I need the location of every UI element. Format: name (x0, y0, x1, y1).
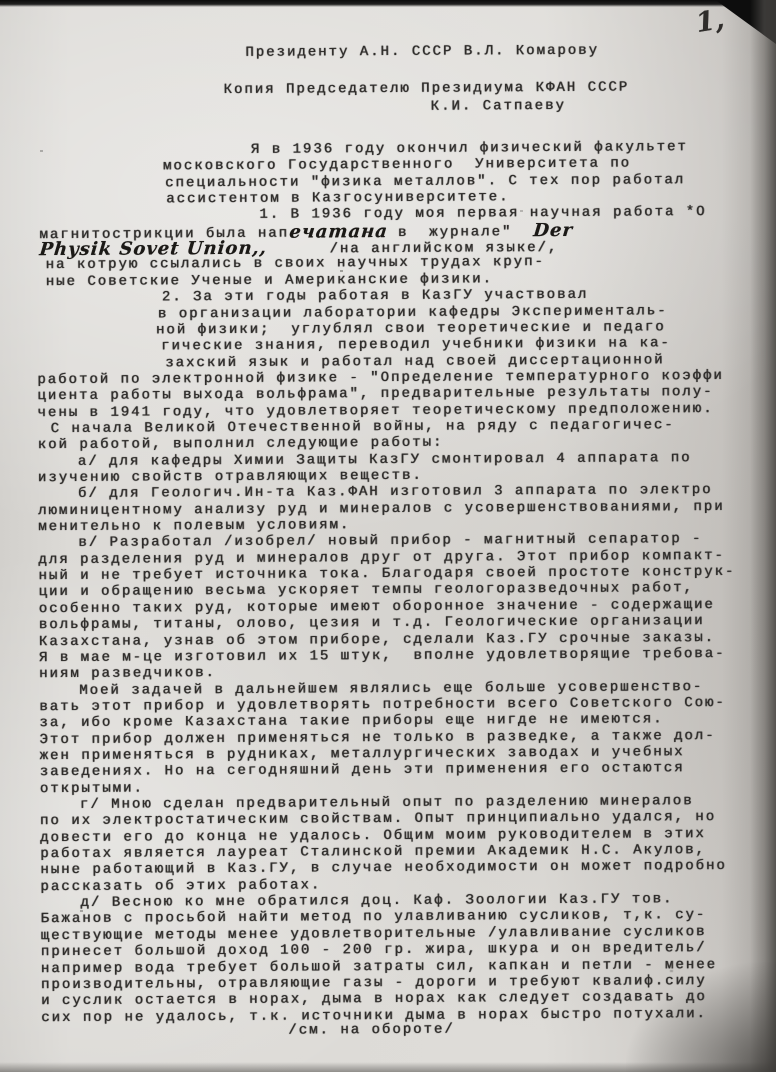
body-line: менительно к полевым условиям. (38, 517, 350, 535)
body-line: ныне работающий в Каз.ГУ, в случае необх… (40, 858, 727, 878)
typed-text: ниям разведчиков. (39, 665, 216, 682)
typed-text: С начала Великой Отечественной войны, на… (51, 417, 675, 437)
body-line: рассказать об этих работах. (40, 877, 321, 895)
scanned-document-page: Президенту А.Н. СССР В.Л. КомаровуКопия … (0, 0, 776, 1072)
typewritten-text-layer: Президенту А.Н. СССР В.Л. КомаровуКопия … (0, 0, 776, 1072)
typed-text: К.И. Сатпаеву (431, 98, 566, 115)
scan-shadow-right (750, 0, 776, 1072)
body-line: люминицентному анализу руд и минералов с… (38, 499, 725, 519)
typed-text: люминицентному анализу руд и минералов с… (38, 499, 725, 519)
header-line: Президенту А.Н. СССР В.Л. Комарову (245, 43, 599, 61)
handwritten-page-number: 1, (694, 4, 727, 39)
typed-text: кой работой, выполнил следующие работы: (38, 435, 444, 453)
typed-text: специальности "физика металлов". С тех п… (165, 172, 685, 191)
body-line: ниям разведчиков. (39, 665, 216, 682)
scan-corner-bottom-right (626, 962, 776, 1072)
typed-text: /см. на обороте/ (288, 1022, 455, 1039)
header-line: Копия Председателю Президиума КФАН СССР (223, 80, 629, 98)
handwritten-text: Der (532, 223, 573, 239)
typed-text: ныне работающий в Каз.ГУ, в случае необх… (40, 858, 727, 878)
body-line: заведениях. Но на сегодняшний день эти п… (40, 760, 685, 780)
typed-text: заведениях. Но на сегодняшний день эти п… (40, 760, 685, 780)
body-line: а/ для кафедры Химии Защиты КазГУ смонти… (78, 450, 692, 470)
typed-text: Я в мае м-це изготовил их 15 штук, вполн… (39, 646, 726, 666)
typed-text: открытыми. (40, 780, 144, 797)
typed-text: менительно к полевым условиям. (38, 517, 350, 535)
typed-text: Копия Председателю Президиума КФАН СССР (223, 80, 629, 98)
body-line: Я в мае м-це изготовил их 15 штук, вполн… (39, 646, 726, 666)
handwritten-text: ечатана (288, 224, 388, 241)
body-line: специальности "физика металлов". С тех п… (165, 172, 685, 191)
typed-text: а/ для кафедры Химии Защиты КазГУ смонти… (78, 450, 692, 470)
body-line: кой работой, выполнил следующие работы: (38, 435, 444, 453)
footer-note: /см. на обороте/ (288, 1022, 455, 1039)
typed-text: Президенту А.Н. СССР В.Л. Комарову (245, 43, 599, 61)
body-line: С начала Великой Отечественной войны, на… (51, 417, 675, 437)
body-line: открытыми. (40, 780, 144, 797)
header-line: К.И. Сатпаеву (431, 98, 566, 115)
typed-text: рассказать об этих работах. (40, 877, 321, 895)
body-line: 1. В 1936 году моя первая научная работа… (259, 204, 706, 223)
scan-edge-top (0, 0, 776, 7)
typed-text: 1. В 1936 году моя первая научная работа… (259, 204, 706, 223)
